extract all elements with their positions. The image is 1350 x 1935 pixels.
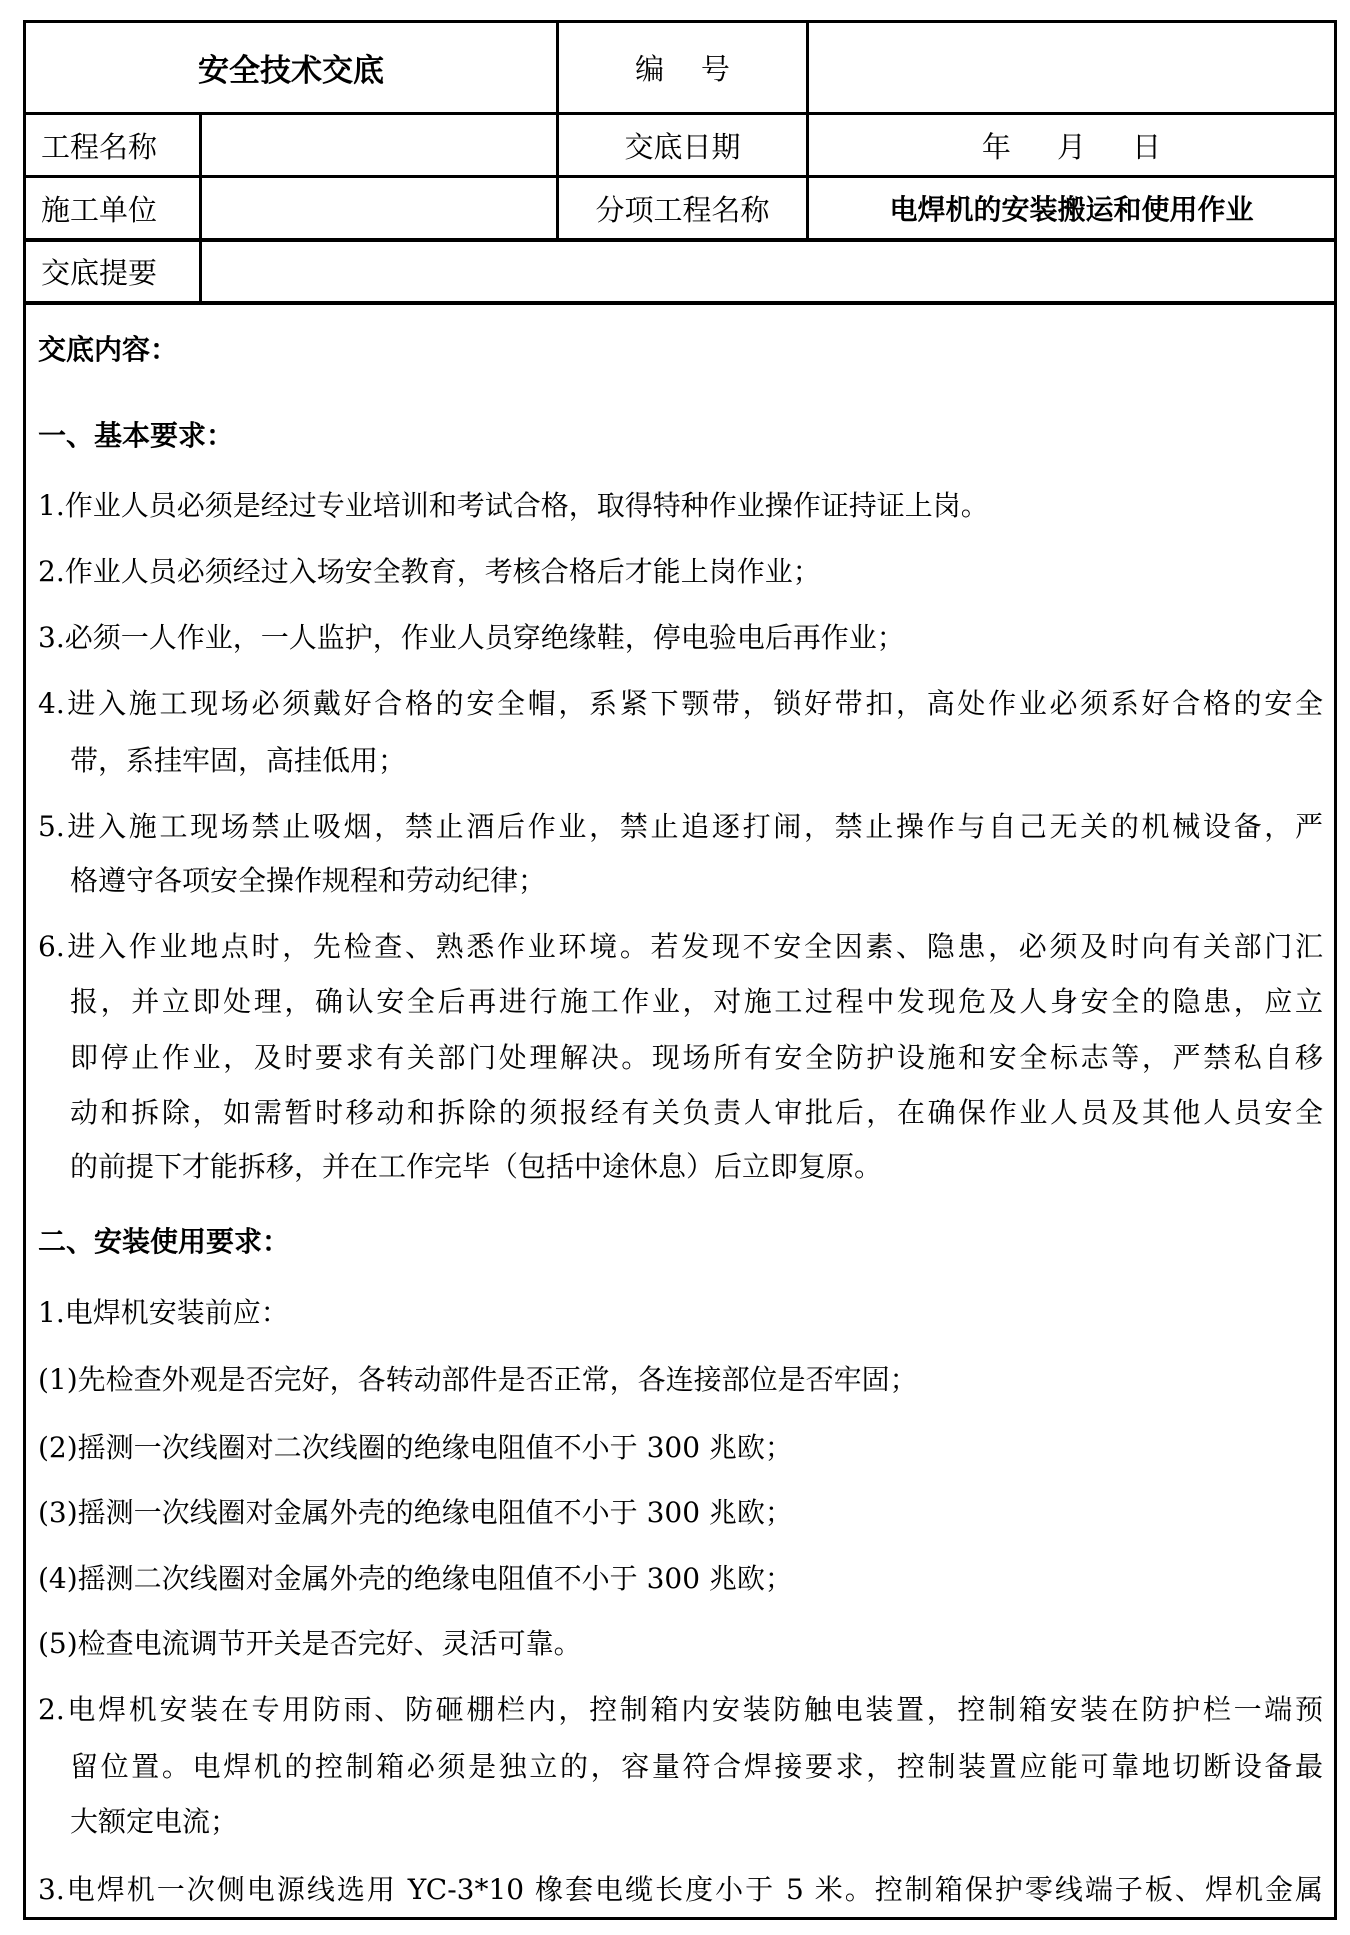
date-label: 交底日期	[559, 115, 806, 175]
section-heading: 一、基本要求：	[38, 419, 1323, 453]
content-line: 大额定电流；	[70, 1805, 1323, 1839]
content-line: 1.电焊机安装前应：	[38, 1296, 1323, 1330]
content-line: 1.作业人员必须是经过专业培训和考试合格，取得特种作业操作证持证上岗。	[38, 489, 1323, 523]
number-value[interactable]	[809, 23, 1334, 112]
project-name-label: 工程名称	[26, 115, 199, 175]
content-line: 动和拆除，如需暂时移动和拆除的须报经有关负责人审批后，在确保作业人员及其他人员安…	[70, 1096, 1323, 1130]
content-line: (4)摇测二次线圈对金属外壳的绝缘电阻值不小于 300 兆欧；	[38, 1562, 1323, 1596]
content-line: (1)先检查外观是否完好，各转动部件是否正常，各连接部位是否牢固；	[38, 1363, 1323, 1397]
content-line: 带，系挂牢固，高挂低用；	[70, 744, 1323, 778]
document-title: 安全技术交底	[26, 23, 556, 112]
content-line: (2)摇测一次线圈对二次线圈的绝缘电阻值不小于 300 兆欧；	[38, 1431, 1323, 1465]
subproject-value: 电焊机的安装搬运和使用作业	[809, 178, 1334, 238]
unit-value[interactable]	[202, 178, 556, 238]
content-line: (5)检查电流调节开关是否完好、灵活可靠。	[38, 1627, 1323, 1661]
content-label: 交底内容：	[38, 333, 1323, 367]
content-line: 3.必须一人作业，一人监护，作业人员穿绝缘鞋，停电验电后再作业；	[38, 621, 1323, 655]
date-value[interactable]: 年 月 日	[809, 115, 1334, 175]
content-line: 6.进入作业地点时，先检查、熟悉作业环境。若发现不安全因素、隐患，必须及时向有关…	[38, 930, 1323, 964]
content-line: 2.电焊机安装在专用防雨、防砸棚栏内，控制箱内安装防触电装置，控制箱安装在防护栏…	[38, 1693, 1323, 1727]
content-line: 3.电焊机一次侧电源线选用 YC-3*10 橡套电缆长度小于 5 米。控制箱保护…	[38, 1873, 1323, 1907]
content-line: 留位置。电焊机的控制箱必须是独立的，容量符合焊接要求，控制装置应能可靠地切断设备…	[70, 1750, 1323, 1784]
summary-label: 交底提要	[26, 242, 199, 301]
content-line: 即停止作业，及时要求有关部门处理解决。现场所有安全防护设施和安全标志等，严禁私自…	[70, 1041, 1323, 1075]
number-label: 编 号	[559, 23, 806, 112]
content-line: 5.进入施工现场禁止吸烟，禁止酒后作业，禁止追逐打闹，禁止操作与自己无关的机械设…	[38, 810, 1323, 844]
unit-label: 施工单位	[26, 178, 199, 238]
content-line: 的前提下才能拆移，并在工作完毕（包括中途休息）后立即复原。	[70, 1150, 1323, 1184]
project-name-value[interactable]	[202, 115, 556, 175]
divider	[23, 301, 1337, 305]
content-line: 格遵守各项安全操作规程和劳动纪律；	[70, 864, 1323, 898]
content-line: (3)摇测一次线圈对金属外壳的绝缘电阻值不小于 300 兆欧；	[38, 1496, 1323, 1530]
content-line: 2.作业人员必须经过入场安全教育，考核合格后才能上岗作业；	[38, 555, 1323, 589]
summary-value[interactable]	[202, 242, 1334, 301]
content-line: 报，并立即处理，确认安全后再进行施工作业，对施工过程中发现危及人身安全的隐患，应…	[70, 985, 1323, 1019]
subproject-label: 分项工程名称	[559, 178, 806, 238]
content-line: 4.进入施工现场必须戴好合格的安全帽，系紧下颚带，锁好带扣，高处作业必须系好合格…	[38, 687, 1323, 721]
section-heading: 二、安装使用要求：	[38, 1225, 1323, 1259]
